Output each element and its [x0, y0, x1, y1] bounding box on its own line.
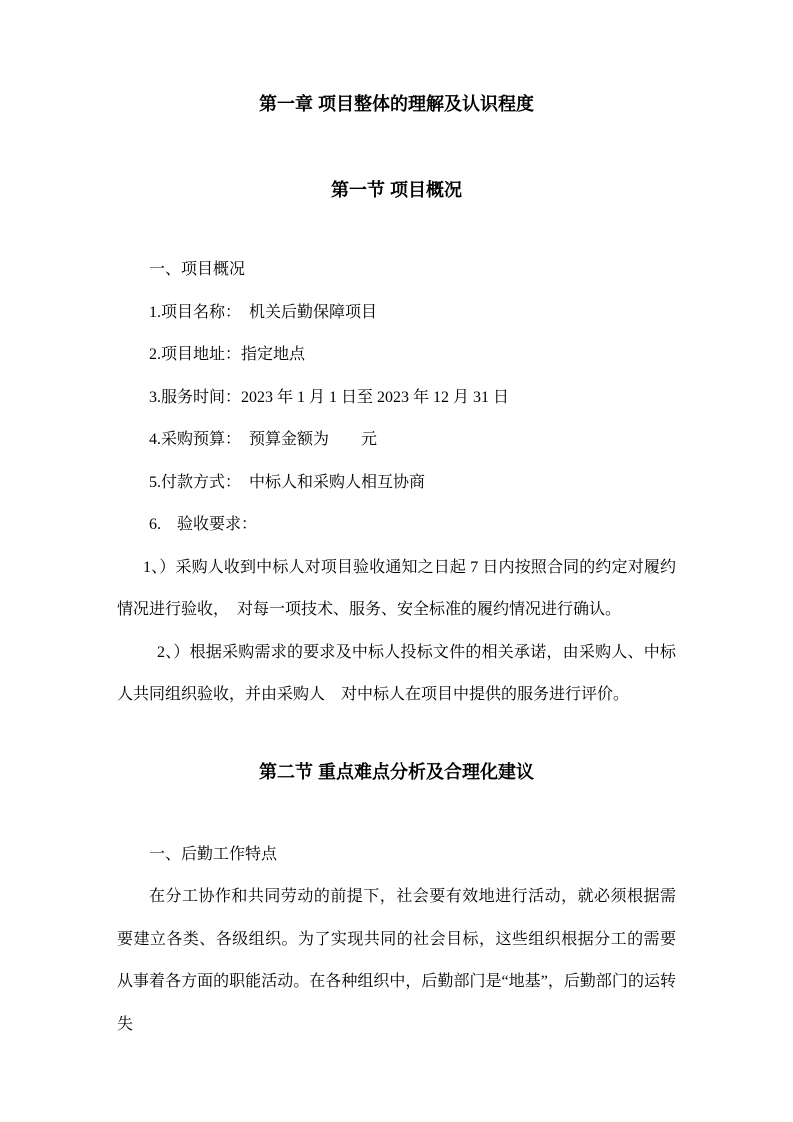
para-project-address: 2.项目地址：指定地点 [117, 334, 676, 377]
section-2-title: 第二节 重点难点分析及合理化建议 [117, 761, 676, 783]
section-2-body: 一、后勤工作特点 在分工协作和共同劳动的前提下，社会要有效地进行活动，就必须根据… [117, 834, 676, 1047]
section-1-title: 第一节 项目概况 [117, 179, 676, 201]
para-acceptance-item-2: 2、）根据采购需求的要求及中标人投标文件的相关承诺，由采购人、中标人共同组织验收… [117, 632, 676, 717]
para-payment-method: 5.付款方式： 中标人和采购人相互协商 [117, 462, 676, 505]
para-acceptance-item-1: 1、）采购人收到中标人对项目验收通知之日起 7 日内按照合同的约定对履约情况进行… [117, 547, 676, 632]
para-service-period: 3.服务时间：2023 年 1 月 1 日至 2023 年 12 月 31 日 [117, 377, 676, 420]
chapter-title: 第一章 项目整体的理解及认识程度 [117, 93, 676, 115]
para-logistics-features-heading: 一、后勤工作特点 [117, 834, 676, 877]
document-page: 第一章 项目整体的理解及认识程度 第一节 项目概况 一、项目概况 1.项目名称：… [0, 0, 793, 1122]
para-logistics-features-body: 在分工协作和共同劳动的前提下，社会要有效地进行活动，就必须根据需要建立各类、各级… [117, 876, 676, 1046]
para-acceptance-requirements-heading: 6. 验收要求： [117, 504, 676, 547]
para-overview-heading: 一、项目概况 [117, 249, 676, 292]
para-project-name: 1.项目名称： 机关后勤保障项目 [117, 292, 676, 335]
para-procurement-budget: 4.采购预算： 预算金额为 元 [117, 419, 676, 462]
section-1-body: 一、项目概况 1.项目名称： 机关后勤保障项目 2.项目地址：指定地点 3.服务… [117, 249, 676, 717]
